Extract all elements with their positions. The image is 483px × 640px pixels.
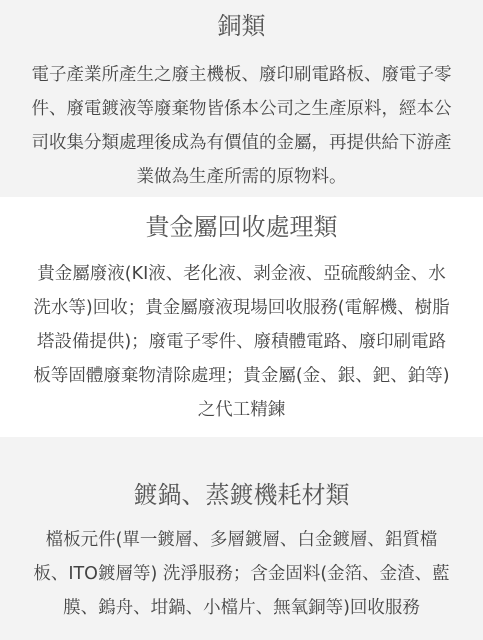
section-title-precious-metals: 貴金屬回收處理類 (20, 209, 463, 245)
body-line: 板等固體廢棄物清除處理；貴金屬(金、銀、鈀、鉑等) (20, 359, 463, 393)
body-line: 膜、鎢舟、坩鍋、小檔片、無氧銅等)回收服務 (20, 591, 463, 625)
body-line: 洗水等)回收；貴金屬廢液現場回收服務(電解機、樹脂 (20, 291, 463, 325)
section-precious-metals: 貴金屬回收處理類 貴金屬廢液(KI液、老化液、剥金液、亞硫酸納金、水 洗水等)回… (0, 197, 483, 437)
body-line: 件、廢電鍍液等廢棄物皆係本公司之生產原料，經本公 (20, 92, 463, 126)
section-title-copper: 銅類 (20, 8, 463, 44)
body-line: 之代工精鍊 (20, 393, 463, 427)
section-body-precious-metals: 貴金屬廢液(KI液、老化液、剥金液、亞硫酸納金、水 洗水等)回收；貴金屬廢液現場… (20, 257, 463, 427)
body-line: 司收集分類處理後成為有價值的金屬，再提供給下游產 (20, 126, 463, 160)
section-coating-consumables: 鍍鍋、蒸鍍機耗材類 檔板元件(單一鍍層、多層鍍層、白金鍍層、鋁質檔 板、ITO鍍… (0, 437, 483, 640)
section-copper: 銅類 電子產業所產生之廢主機板、廢印刷電路板、廢電子零 件、廢電鍍液等廢棄物皆係… (0, 0, 483, 197)
body-line: 塔設備提供)；廢電子零件、廢積體電路、廢印刷電路 (20, 325, 463, 359)
body-line: 板、ITO鍍層等) 洗淨服務；含金固料(金箔、金渣、藍 (20, 557, 463, 591)
section-title-coating-consumables: 鍍鍋、蒸鍍機耗材類 (20, 477, 463, 513)
body-line: 檔板元件(單一鍍層、多層鍍層、白金鍍層、鋁質檔 (20, 523, 463, 557)
section-body-copper: 電子產業所產生之廢主機板、廢印刷電路板、廢電子零 件、廢電鍍液等廢棄物皆係本公司… (20, 58, 463, 194)
body-line: 貴金屬廢液(KI液、老化液、剥金液、亞硫酸納金、水 (20, 257, 463, 291)
body-line: 業做為生產所需的原物料。 (20, 160, 463, 194)
section-body-coating-consumables: 檔板元件(單一鍍層、多層鍍層、白金鍍層、鋁質檔 板、ITO鍍層等) 洗淨服務；含… (20, 523, 463, 625)
body-line: 電子產業所產生之廢主機板、廢印刷電路板、廢電子零 (20, 58, 463, 92)
